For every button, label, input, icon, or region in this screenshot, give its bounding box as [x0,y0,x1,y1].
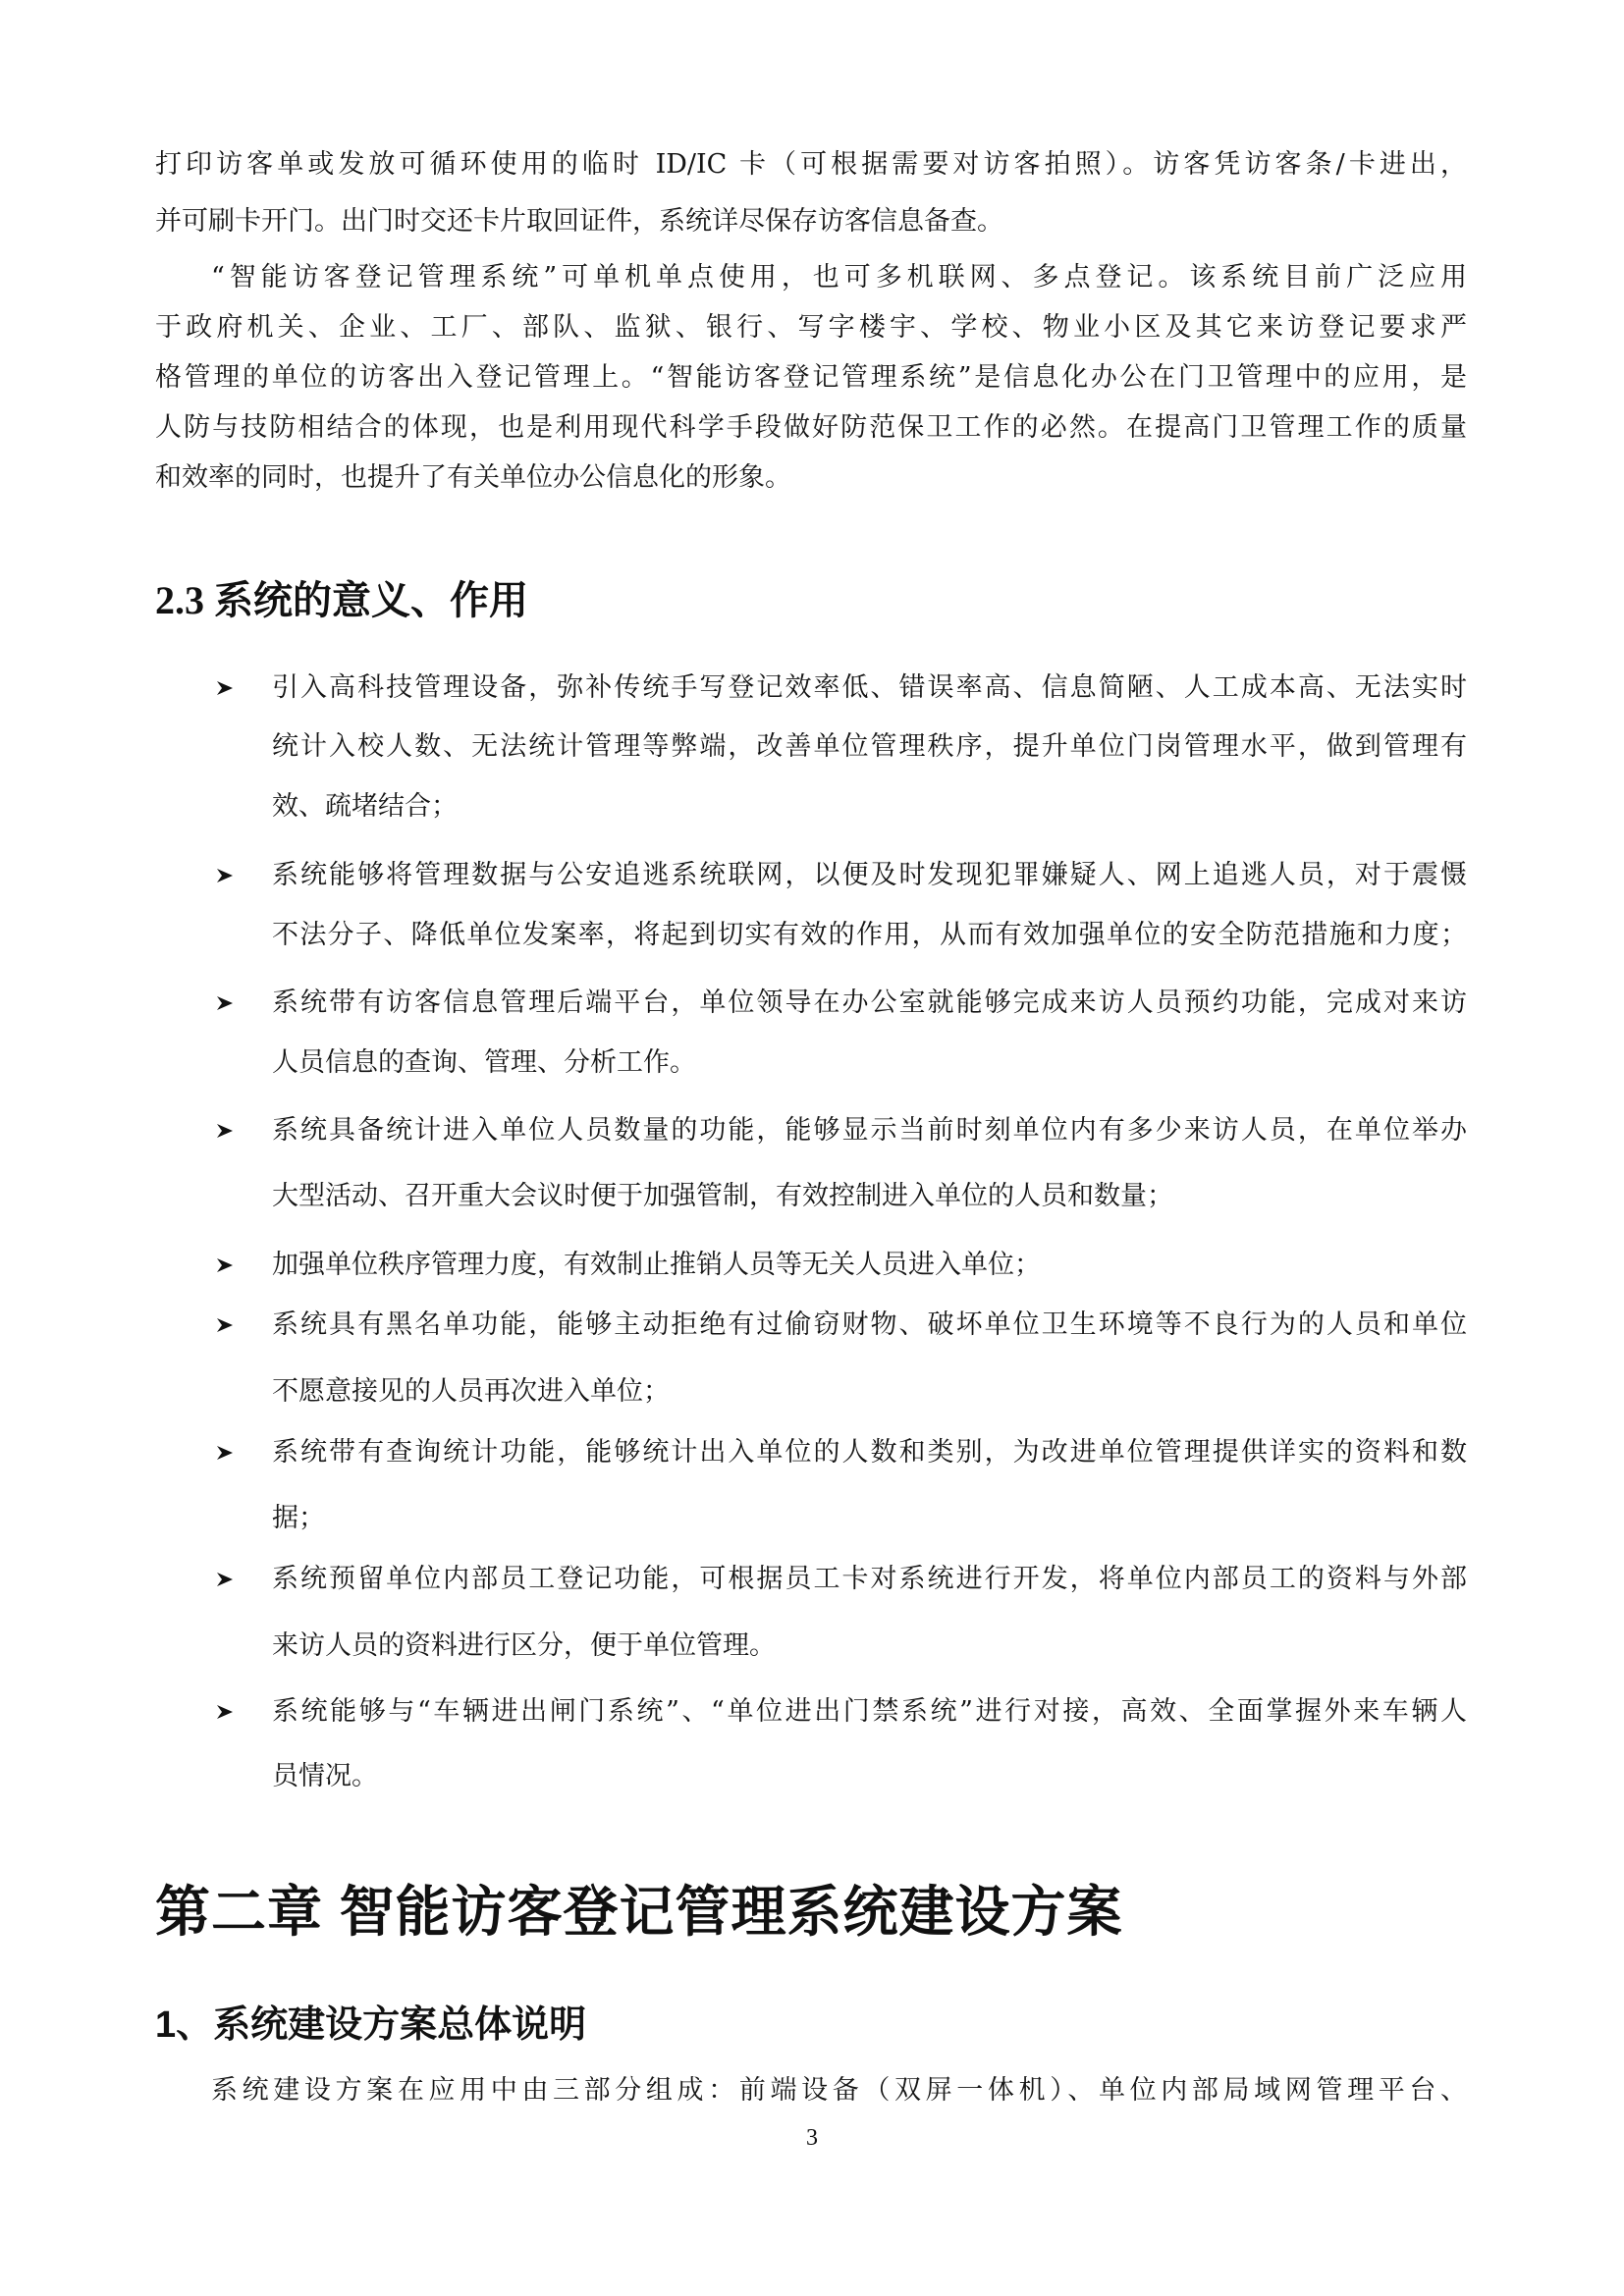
bullet-text-line: 系统具有黑名单功能，能够主动拒绝有过偷窃财物、破坏单位卫生环境等不良行为的人员和… [272,1306,1467,1345]
arrow-bullet-icon [216,1703,234,1721]
bullet-text-line: 统计入校人数、无法统计管理等弊端，改善单位管理秩序，提升单位门岗管理水平，做到管… [272,727,1467,767]
body-text-line: 并可刷卡开门。出门时交还卡片取回证件，系统详尽保存访客信息备查。 [155,202,1467,241]
bullet-text-line: 效、疏堵结合； [272,787,1467,827]
bullet-text-line: 员情况。 [272,1757,1467,1796]
bullet-text-line: 加强单位秩序管理力度，有效制止推销人员等无关人员进入单位； [272,1246,1467,1285]
body-text-line: 格管理的单位的访客出入登记管理上。“智能访客登记管理系统”是信息化办公在门卫管理… [155,358,1467,398]
arrow-bullet-icon [216,1444,234,1462]
bullet-text-line: 系统带有访客信息管理后端平台，单位领导在办公室就能够完成来访人员预约功能，完成对… [272,984,1467,1023]
body-text-line: 打印访客单或发放可循环使用的临时 ID/IC 卡（可根据需要对访客拍照）。访客凭… [155,145,1467,185]
bullet-text-line: 系统具备统计进入单位人员数量的功能，能够显示当前时刻单位内有多少来访人员，在单位… [272,1111,1467,1150]
bullet-text-line: 系统能够与“车辆进出闸门系统”、“单位进出门禁系统”进行对接，高效、全面掌握外来… [272,1692,1467,1732]
body-text-line: 于政府机关、企业、工厂、部队、监狱、银行、写字楼宇、学校、物业小区及其它来访登记… [155,308,1467,347]
arrow-bullet-icon [216,867,234,884]
body-text-line: 系统建设方案在应用中由三部分组成：前端设备（双屏一体机）、单位内部局域网管理平台… [211,2071,1467,2110]
bullet-text-line: 系统带有查询统计功能，能够统计出入单位的人数和类别，为改进单位管理提供详实的资料… [272,1433,1467,1472]
section-heading: 2.3 系统的意义、作用 [155,576,528,625]
arrow-bullet-icon [216,1122,234,1140]
bullet-text-line: 来访人员的资料进行区分，便于单位管理。 [272,1627,1467,1666]
arrow-bullet-icon [216,679,234,697]
bullet-text-line: 不法分子、降低单位发案率，将起到切实有效的作用，从而有效加强单位的安全防范措施和… [272,916,1467,955]
bullet-text-line: 大型活动、召开重大会议时便于加强管制，有效控制进入单位的人员和数量； [272,1177,1467,1216]
arrow-bullet-icon [216,1256,234,1274]
bullet-text-line: 系统能够将管理数据与公安追逃系统联网，以便及时发现犯罪嫌疑人、网上追逃人员，对于… [272,856,1467,895]
arrow-bullet-icon [216,1571,234,1588]
chapter-title: 第二章 智能访客登记管理系统建设方案 [155,1878,1123,1947]
body-text-line: 人防与技防相结合的体现，也是利用现代科学手段做好防范保卫工作的必然。在提高门卫管… [155,408,1467,448]
bullet-text-line: 引入高科技管理设备，弥补传统手写登记效率低、错误率高、信息简陋、人工成本高、无法… [272,668,1467,708]
bullet-text-line: 人员信息的查询、管理、分析工作。 [272,1043,1467,1083]
body-text-line: “智能访客登记管理系统”可单机单点使用，也可多机联网、多点登记。该系统目前广泛应… [211,258,1467,297]
section-heading: 1、系统建设方案总体说明 [155,2001,586,2050]
bullet-text-line: 系统预留单位内部员工登记功能，可根据员工卡对系统进行开发，将单位内部员工的资料与… [272,1560,1467,1599]
bullet-text-line: 不愿意接见的人员再次进入单位； [272,1372,1467,1412]
arrow-bullet-icon [216,1316,234,1334]
document-page: 打印访客单或发放可循环使用的临时 ID/IC 卡（可根据需要对访客拍照）。访客凭… [0,0,1624,2296]
page-number: 3 [802,2123,822,2153]
bullet-text-line: 据； [272,1499,1467,1538]
arrow-bullet-icon [216,994,234,1012]
body-text-line: 和效率的同时，也提升了有关单位办公信息化的形象。 [155,458,1467,498]
